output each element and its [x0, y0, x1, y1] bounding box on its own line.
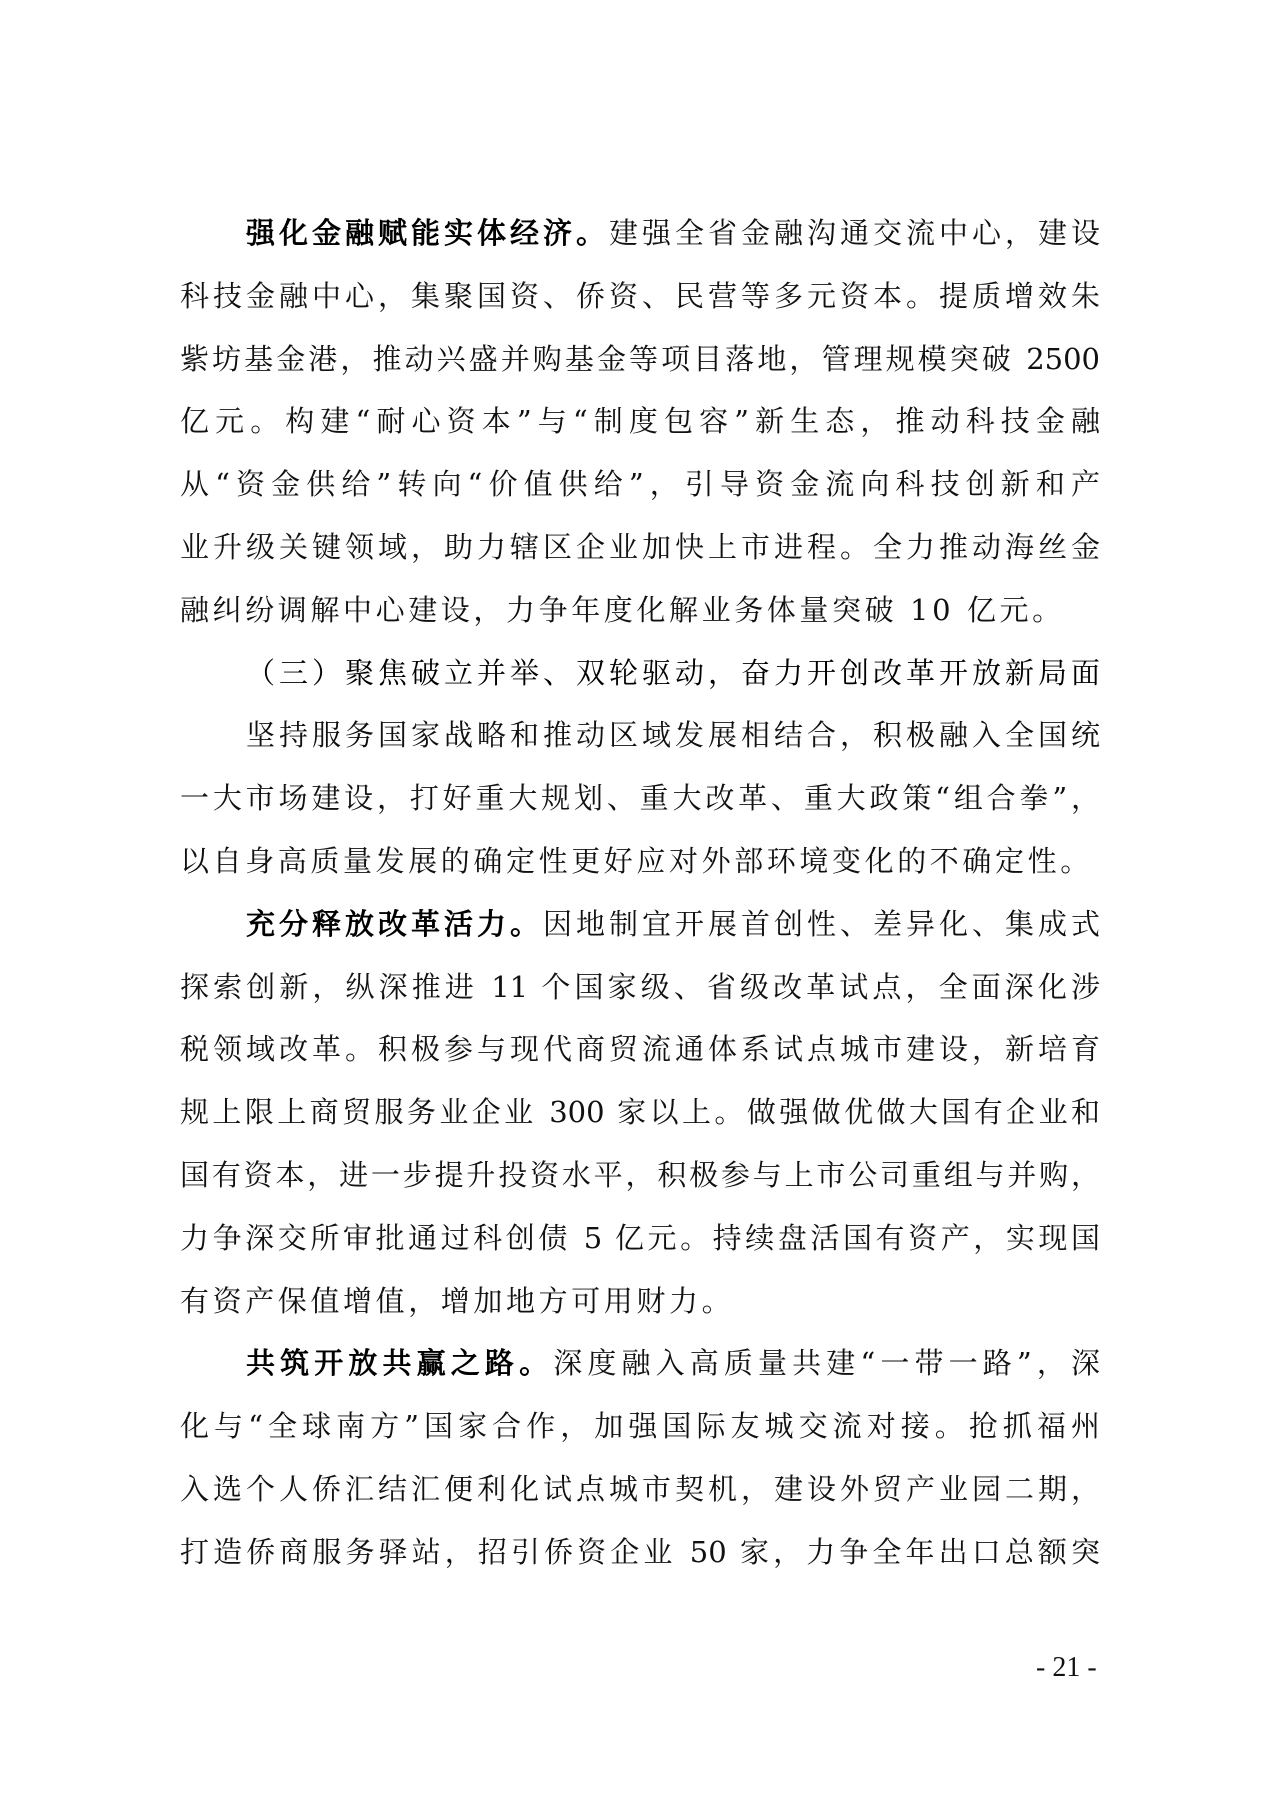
text-line: 国有资本，进一步提升投资水平，积极参与上市公司重组与并购，: [180, 1144, 1100, 1207]
text-line: 探索创新，纵深推进 11 个国家级、省级改革试点，全面深化涉: [180, 956, 1100, 1019]
paragraph-intro: 坚持服务国家战略和推动区域发展相结合，积极融入全国统 一大市场建设，打好重大规划…: [180, 704, 1100, 892]
document-page: 强化金融赋能实体经济。建强全省金融沟通交流中心，建设 科技金融中心，集聚国资、侨…: [0, 0, 1280, 1795]
text-line: 强化金融赋能实体经济。建强全省金融沟通交流中心，建设: [180, 202, 1100, 265]
text-line: 紫坊基金港，推动兴盛并购基金等项目落地，管理规模突破 2500: [180, 328, 1100, 391]
page-number: - 21 -: [1036, 1652, 1097, 1684]
text-line: 规上限上商贸服务业企业 300 家以上。做强做优做大国有企业和: [180, 1081, 1100, 1144]
text-line: 坚持服务国家战略和推动区域发展相结合，积极融入全国统: [180, 704, 1100, 767]
text-line: 一大市场建设，打好重大规划、重大改革、重大政策“组合拳”，: [180, 767, 1100, 830]
text-line: 化与“全球南方”国家合作，加强国际友城交流对接。抢抓福州: [180, 1395, 1100, 1458]
text-line: 融纠纷调解中心建设，力争年度化解业务体量突破 10 亿元。: [180, 579, 1100, 642]
paragraph-lead: 强化金融赋能实体经济。: [246, 216, 609, 250]
text-span: 因地制宜开展首创性、差异化、集成式: [543, 907, 1100, 941]
section-heading: （三）聚焦破立并举、双轮驱动，奋力开创改革开放新局面: [180, 642, 1100, 705]
text-span: 深度融入高质量共建“一带一路”，深: [553, 1346, 1100, 1380]
text-line: 亿元。构建“耐心资本”与“制度包容”新生态，推动科技金融: [180, 390, 1100, 453]
text-line: 打造侨商服务驿站，招引侨资企业 50 家，力争全年出口总额突: [180, 1521, 1100, 1584]
text-line: 税领域改革。积极参与现代商贸流通体系试点城市建设，新培育: [180, 1018, 1100, 1081]
text-line: 业升级关键领域，助力辖区企业加快上市进程。全力推动海丝金: [180, 516, 1100, 579]
text-line: 充分释放改革活力。因地制宜开展首创性、差异化、集成式: [180, 893, 1100, 956]
text-line: 入选个人侨汇结汇便利化试点城市契机，建设外贸产业园二期，: [180, 1458, 1100, 1521]
text-span: 建强全省金融沟通交流中心，建设: [609, 216, 1100, 250]
text-line: 科技金融中心，集聚国资、侨资、民营等多元资本。提质增效朱: [180, 265, 1100, 328]
text-line: 从“资金供给”转向“价值供给”，引导资金流向科技创新和产: [180, 453, 1100, 516]
paragraph-opening-up: 共筑开放共赢之路。深度融入高质量共建“一带一路”，深 化与“全球南方”国家合作，…: [180, 1332, 1100, 1583]
text-line: 以自身高质量发展的确定性更好应对外部环境变化的不确定性。: [180, 830, 1100, 893]
paragraph-lead: 充分释放改革活力。: [246, 907, 543, 941]
text-line: 力争深交所审批通过科创债 5 亿元。持续盘活国有资产，实现国: [180, 1207, 1100, 1270]
paragraph-finance: 强化金融赋能实体经济。建强全省金融沟通交流中心，建设 科技金融中心，集聚国资、侨…: [180, 202, 1100, 642]
text-line: 共筑开放共赢之路。深度融入高质量共建“一带一路”，深: [180, 1332, 1100, 1395]
paragraph-reform: 充分释放改革活力。因地制宜开展首创性、差异化、集成式 探索创新，纵深推进 11 …: [180, 893, 1100, 1333]
section-heading-text: （三）聚焦破立并举、双轮驱动，奋力开创改革开放新局面: [180, 642, 1100, 705]
text-line: 有资产保值增值，增加地方可用财力。: [180, 1270, 1100, 1333]
document-body: 强化金融赋能实体经济。建强全省金融沟通交流中心，建设 科技金融中心，集聚国资、侨…: [180, 202, 1100, 1584]
paragraph-lead: 共筑开放共赢之路。: [246, 1346, 553, 1380]
